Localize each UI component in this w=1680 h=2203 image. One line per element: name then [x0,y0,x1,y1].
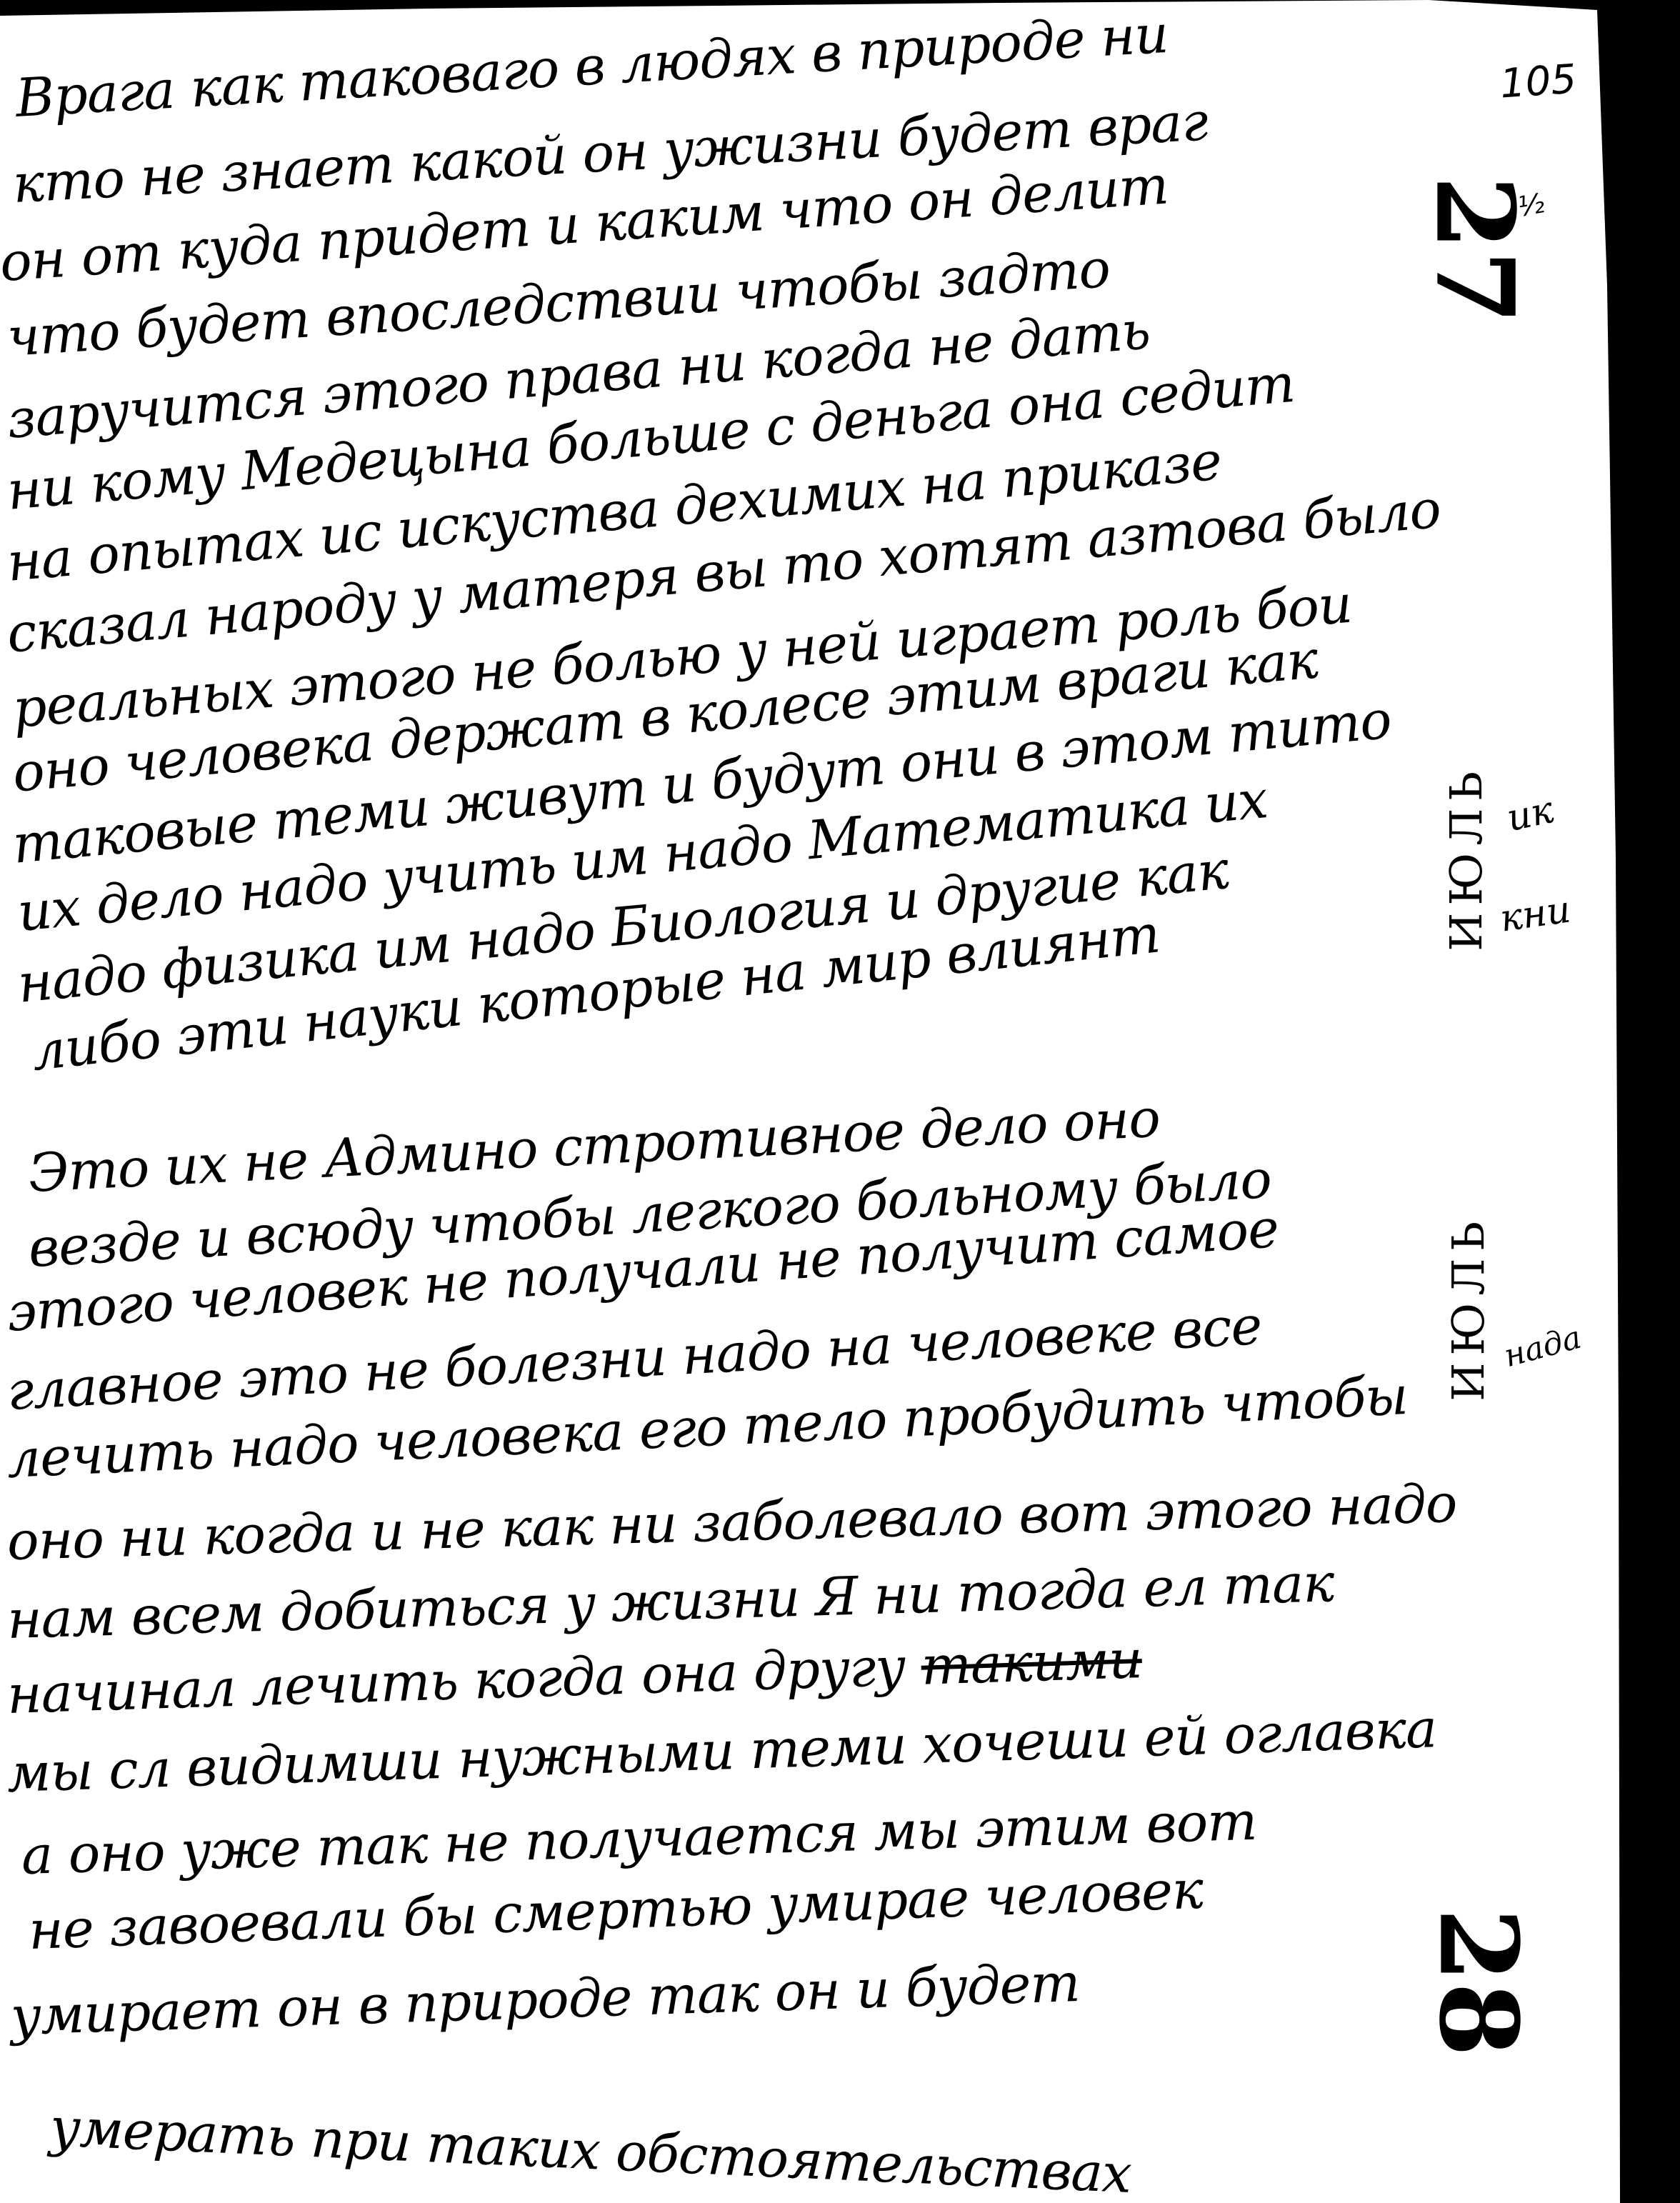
text-line: умерать при таких обстоятельствах [49,2097,1132,2203]
margin-note: ик [1503,789,1557,840]
page-number: 105 [1499,56,1578,107]
folio-number-lower: 28 [1424,1908,1531,2057]
margin-note: нада [1500,1319,1585,1375]
month-stamp-july: ИЮЛЬ [1444,764,1489,951]
manuscript-page: 105 27 ½ 28 ИЮЛЬ ИЮЛЬ ик кни нада Врага … [0,0,1680,2203]
text-line: умирает он в природе так он и будет [10,1952,1081,2047]
margin-note: кни [1497,888,1573,940]
month-stamp-july: ИЮЛЬ [1446,1214,1491,1402]
struck-text: такими [920,1629,1143,1697]
folio-number-upper: 27 [1421,176,1528,325]
folio-number-upper-superscript: ½ [1515,187,1546,223]
